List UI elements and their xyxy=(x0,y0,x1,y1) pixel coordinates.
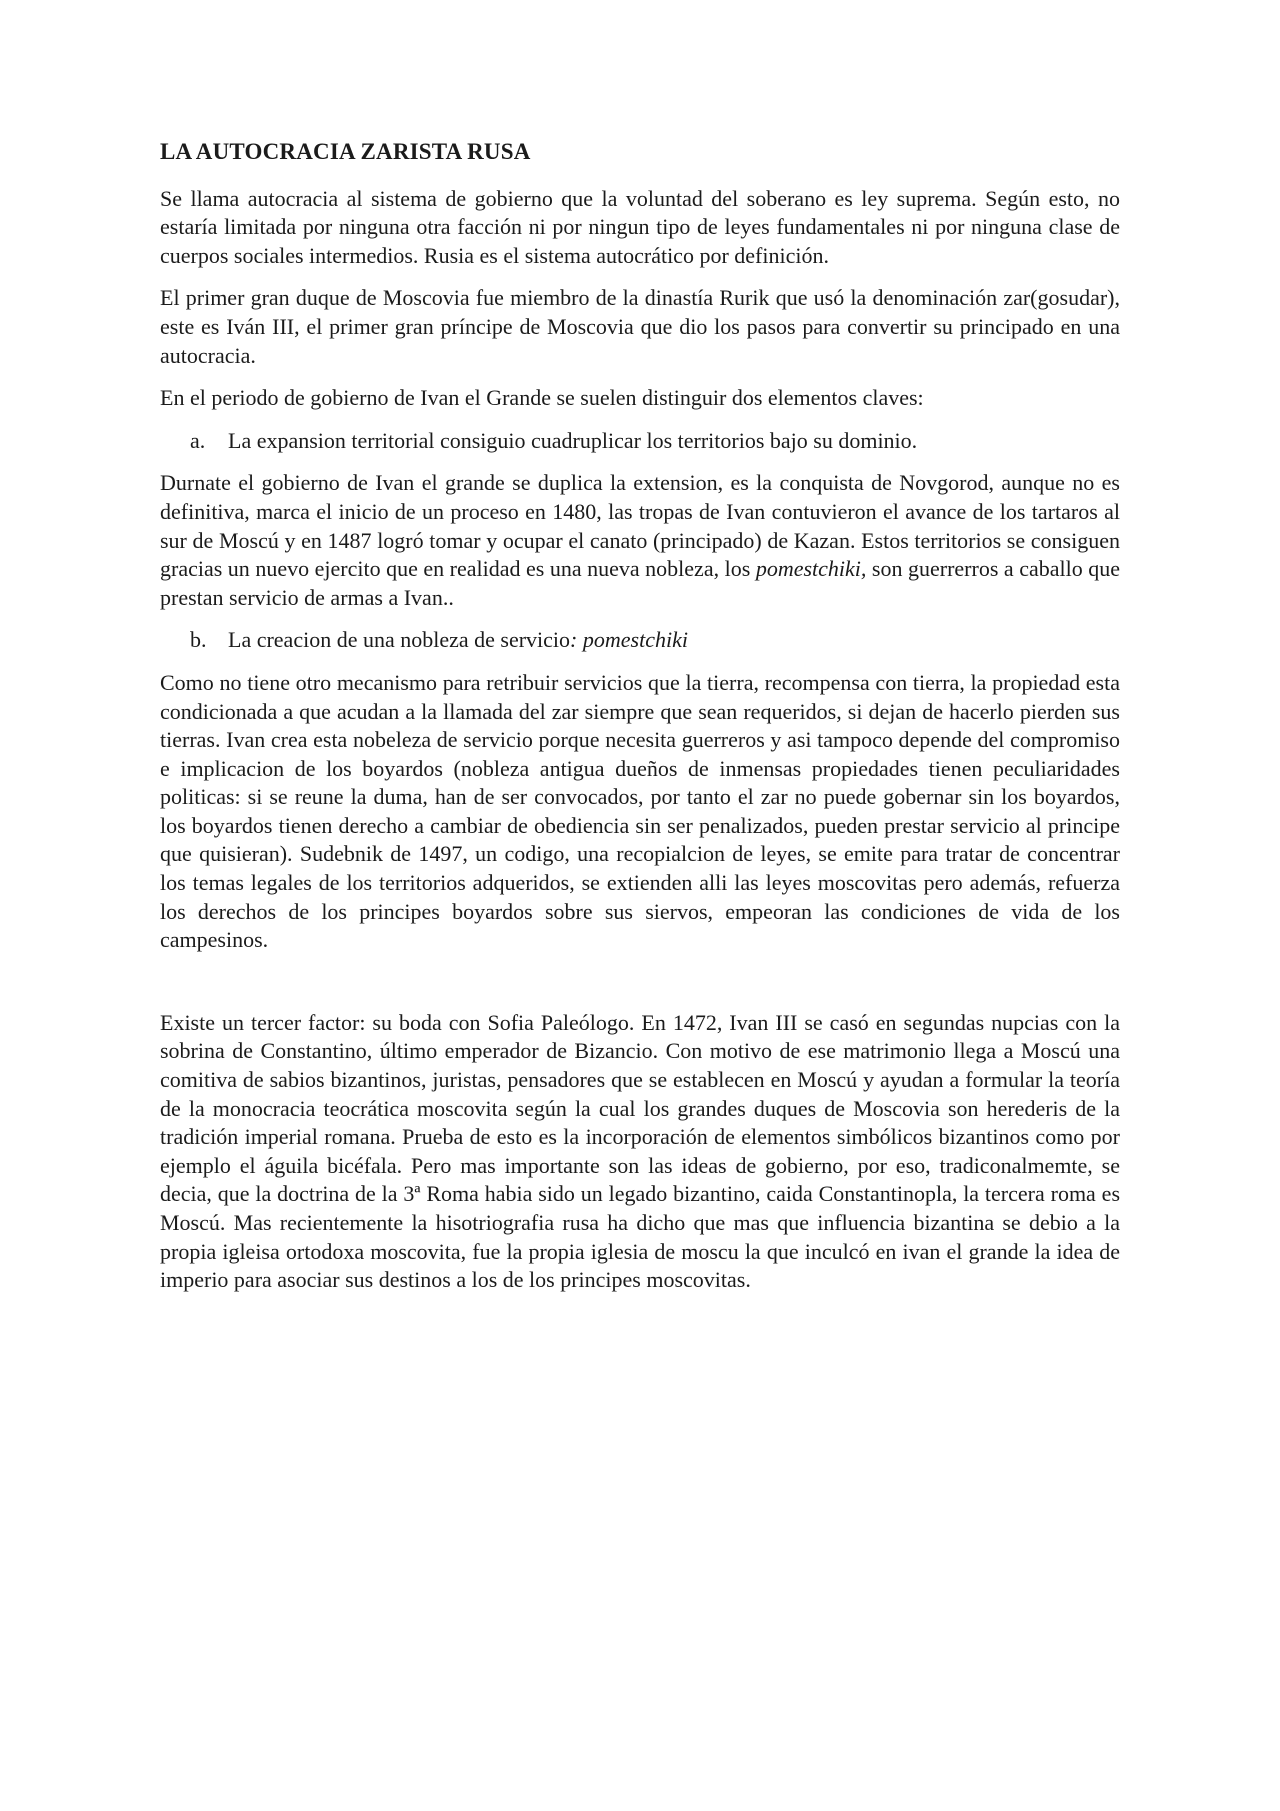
paragraph-autocracia-definicion: Se llama autocracia al sistema de gobier… xyxy=(160,185,1120,271)
list-item-a: a. La expansion territorial consiguio cu… xyxy=(160,427,1120,456)
list-item-a-text: La expansion territorial consiguio cuadr… xyxy=(228,427,1120,456)
paragraph-4-italic-pomestchiki: pomestchiki, xyxy=(756,556,867,581)
paragraph-nobleza-de-servicio: Como no tiene otro mecanismo para retrib… xyxy=(160,669,1120,955)
empty-paragraph-spacer xyxy=(160,969,1120,1009)
paragraph-dos-elementos-claves: En el periodo de gobierno de Ivan el Gra… xyxy=(160,384,1120,413)
list-marker-b: b. xyxy=(190,626,228,655)
document-page: LA AUTOCRACIA ZARISTA RUSA Se llama auto… xyxy=(0,0,1280,1811)
paragraph-expansion-territorial: Durnate el gobierno de Ivan el grande se… xyxy=(160,469,1120,612)
list-item-b-text: La creacion de una nobleza de servicio: … xyxy=(228,626,1120,655)
list-item-b-pre: La creacion de una nobleza de servicio xyxy=(228,627,570,652)
list-item-b: b. La creacion de una nobleza de servici… xyxy=(160,626,1120,655)
paragraph-primer-gran-duque: El primer gran duque de Moscovia fue mie… xyxy=(160,284,1120,370)
paragraph-tercer-factor-sofia: Existe un tercer factor: su boda con Sof… xyxy=(160,1009,1120,1295)
list-item-b-italic-pomestchiki: : pomestchiki xyxy=(570,627,688,652)
document-title: LA AUTOCRACIA ZARISTA RUSA xyxy=(160,138,1120,167)
list-marker-a: a. xyxy=(190,427,228,456)
